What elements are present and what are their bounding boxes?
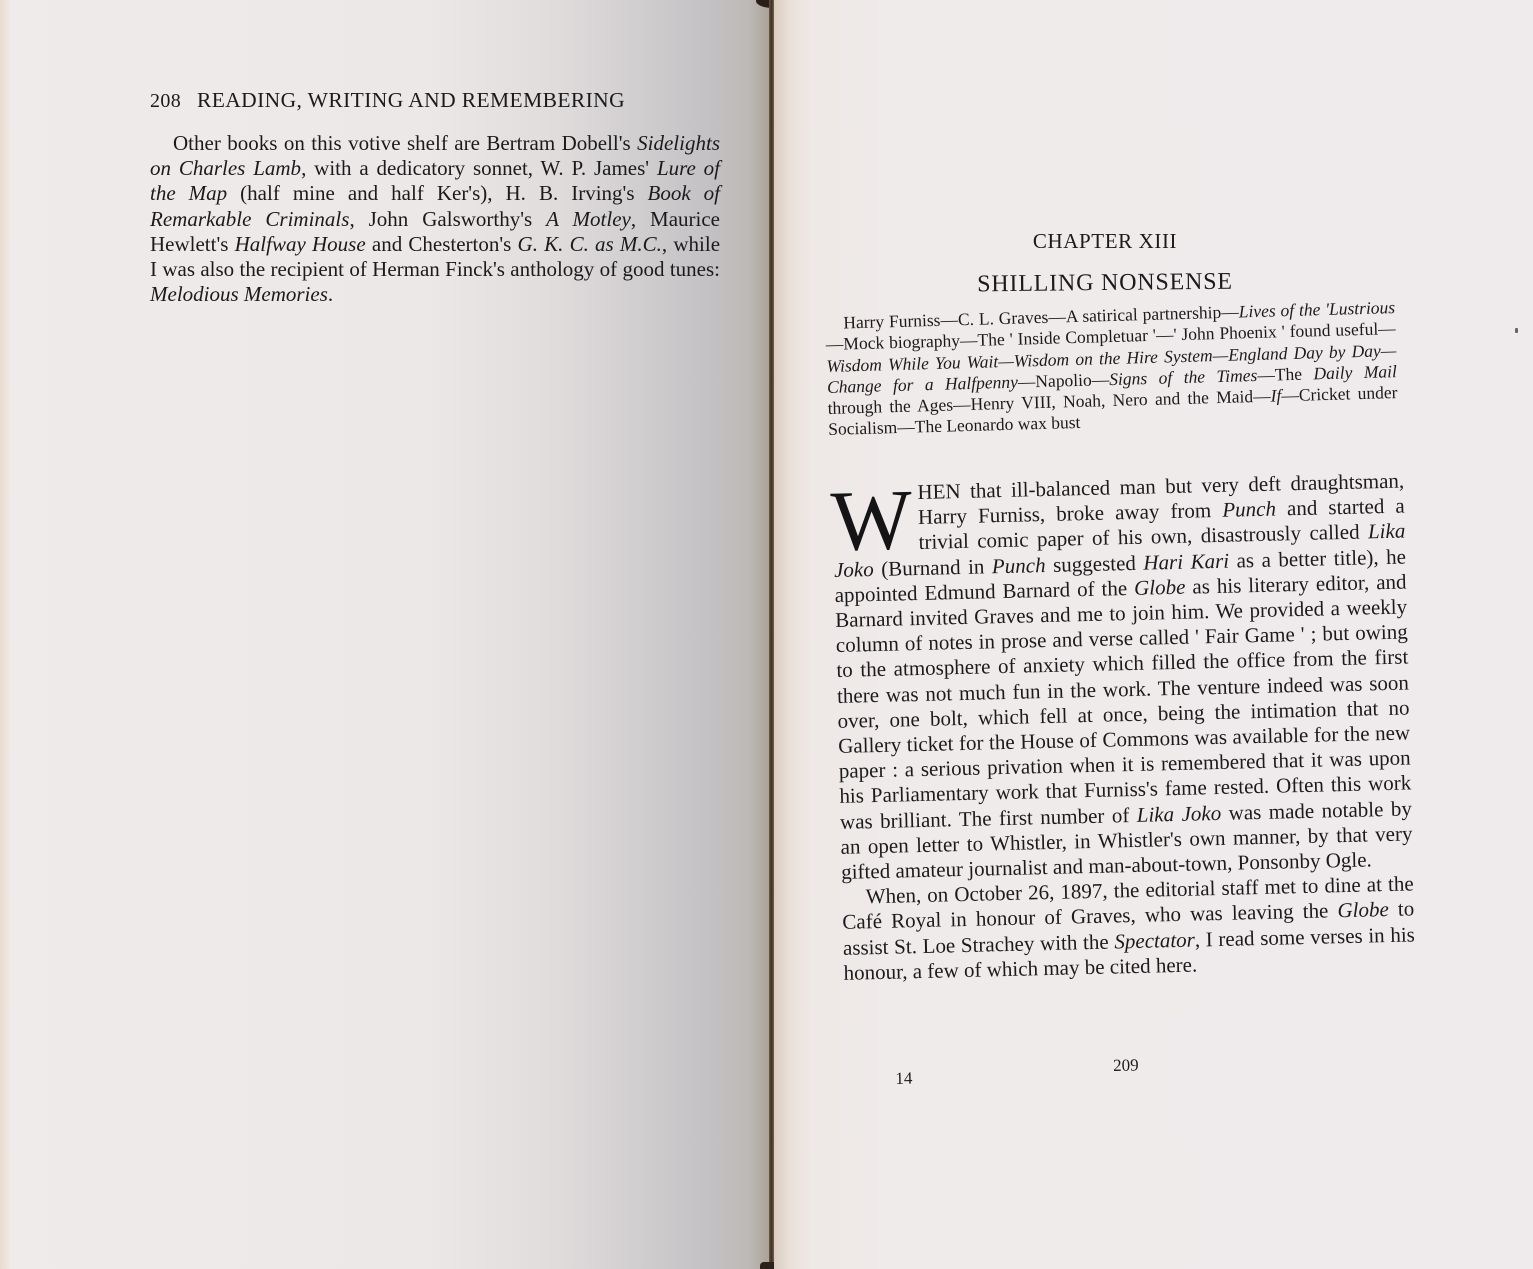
chapter-title: SHILLING NONSENSE [845, 267, 1365, 299]
paragraph: Other books on this votive shelf are Ber… [150, 131, 720, 307]
paragraph: WHEN that ill-balanced man but very deft… [832, 469, 1413, 886]
chapter-number: CHAPTER XIII [845, 229, 1365, 254]
paper-speck [1515, 328, 1518, 333]
chapter-synopsis: Harry Furniss—C. L. Graves—A satirical p… [825, 297, 1398, 441]
left-page-body: Other books on this votive shelf are Ber… [150, 131, 720, 307]
open-book-spread: 208 READING, WRITING AND REMEMBERING Oth… [0, 0, 1533, 1269]
running-head-title: READING, WRITING AND REMEMBERING [197, 88, 625, 112]
signature-mark: 14 [895, 1069, 912, 1089]
page-number-left: 208 [150, 90, 181, 112]
page-number-right: 209 [1113, 1055, 1139, 1076]
left-page: 208 READING, WRITING AND REMEMBERING Oth… [0, 0, 772, 1269]
right-page-body: WHEN that ill-balanced man but very deft… [832, 469, 1416, 986]
synopsis-text: Harry Furniss—C. L. Graves—A satirical p… [825, 297, 1398, 441]
drop-cap: W [830, 486, 913, 554]
paragraph-text: HEN that ill-balanced man but very deft … [834, 469, 1413, 884]
paragraph: When, on October 26, 1897, the editorial… [842, 872, 1416, 986]
running-head: 208 READING, WRITING AND REMEMBERING [150, 88, 720, 113]
